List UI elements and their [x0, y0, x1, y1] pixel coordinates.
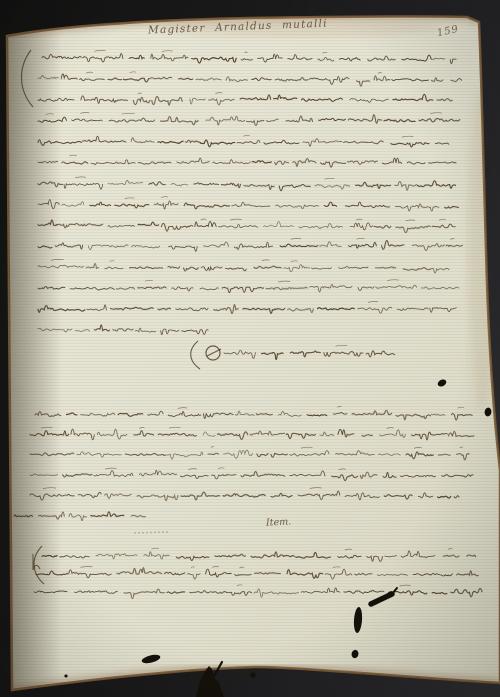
photo-background: Magister Arnaldus mutalli 159 Item. [0, 0, 500, 697]
ink-blot [250, 672, 256, 677]
ink-blot [64, 675, 67, 678]
manuscript-page [0, 0, 500, 697]
faint-smudge [134, 532, 168, 533]
paper-stain [160, 19, 440, 37]
